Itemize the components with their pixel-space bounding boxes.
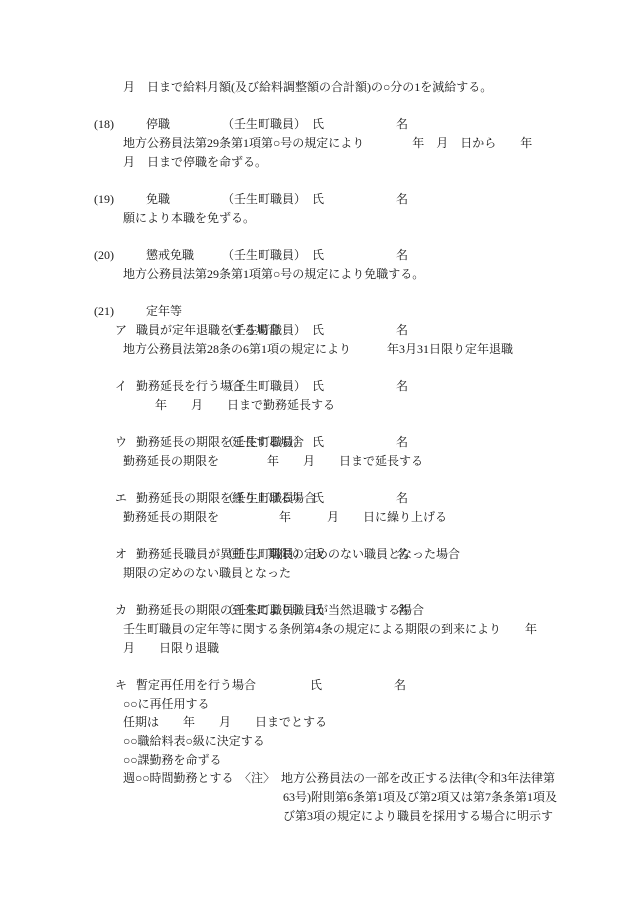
document-page: 月 日まで給料月額(及び給料調整額の合計額)の○分の1を減給する。 (18)停職… bbox=[0, 0, 630, 903]
body-line: 地方公務員法第28条の6第1項の規定により 年3月31日限り定年退職 bbox=[0, 340, 630, 359]
sub-item-heading: ウ勤務延長の期限を延長する場合 bbox=[0, 414, 630, 433]
note-label: 〈注〉 bbox=[239, 769, 275, 788]
name-field-line: （壬生町職員） 氏 名 bbox=[0, 115, 630, 134]
body-line: ○○職給料表○級に決定する bbox=[0, 732, 630, 751]
note-text: 63号)附則第6条第1項及び第2項又は第7条条第1項及 bbox=[0, 788, 630, 807]
body-line: 壬生町職員の定年等に関する条例第4条の規定による期限の到来により 年 bbox=[0, 620, 630, 639]
name-field-line: 氏 名 bbox=[0, 676, 630, 695]
sub-item-heading: カ勤務延長の期限の到来により職員が当然退職する場合 bbox=[0, 583, 630, 602]
name-field-line: （壬生町職員） 氏 名 bbox=[0, 321, 630, 340]
body-line: 月 日まで給料月額(及び給料調整額の合計額)の○分の1を減給する。 bbox=[0, 78, 630, 97]
note-line: 週○○時間勤務とする 〈注〉 地方公務員法の一部を改正する法律(令和3年法律第 bbox=[0, 769, 630, 788]
body-line: 任期は 年 月 日までとする bbox=[0, 713, 630, 732]
item-heading: (21)定年等 bbox=[0, 284, 630, 303]
name-field-line: （壬生町職員） 氏 名 bbox=[0, 377, 630, 396]
body-line: 年 月 日まで勤務延長する bbox=[0, 396, 630, 415]
note-text: 地方公務員法の一部を改正する法律(令和3年法律第 bbox=[281, 769, 555, 788]
body-line: 地方公務員法第29条第1項第○号の規定により免職する。 bbox=[0, 265, 630, 284]
name-field-line: （壬生町職員） 氏 名 bbox=[0, 190, 630, 209]
item-heading: (18)停職 bbox=[0, 97, 630, 116]
body-line: 勤務延長の期限を 年 月 日に繰り上げる bbox=[0, 508, 630, 527]
name-field-line: （壬生町職員） 氏 名 bbox=[0, 489, 630, 508]
body-line: 勤務延長の期限を 年 月 日まで延長する bbox=[0, 452, 630, 471]
name-field-line: （壬生町職員） 氏 名 bbox=[0, 545, 630, 564]
sub-item-heading: オ勤務延長職員が異動し、期限の定めのない職員となった場合 bbox=[0, 527, 630, 546]
note-text: び第3項の規定により職員を採用する場合に明示す bbox=[0, 807, 630, 826]
sub-item-heading: イ勤務延長を行う場合 bbox=[0, 358, 630, 377]
body-line: 月 日まで停職を命ずる。 bbox=[0, 153, 630, 172]
item-heading: (20)懲戒免職 bbox=[0, 228, 630, 247]
body-line: 期限の定めのない職員となった bbox=[0, 564, 630, 583]
name-field-line: （壬生町職員） 氏 名 bbox=[0, 246, 630, 265]
note-lead-text: 週○○時間勤務とする bbox=[123, 769, 234, 788]
body-line: ○○に再任用する bbox=[0, 695, 630, 714]
document-content: 月 日まで給料月額(及び給料調整額の合計額)の○分の1を減給する。 (18)停職… bbox=[0, 0, 630, 826]
body-line: 願により本職を免ずる。 bbox=[0, 209, 630, 228]
body-line: 月 日限り退職 bbox=[0, 639, 630, 658]
body-line: 地方公務員法第29条第1項第○号の規定により 年 月 日から 年 bbox=[0, 134, 630, 153]
sub-item-heading: ア職員が定年退職をする場合 bbox=[0, 302, 630, 321]
body-line: ○○課勤務を命ずる bbox=[0, 751, 630, 770]
sub-item-heading: キ暫定再任用を行う場合 bbox=[0, 657, 630, 676]
item-heading: (19)免職 bbox=[0, 171, 630, 190]
sub-item-heading: エ勤務延長の期限を繰り上げる場合 bbox=[0, 470, 630, 489]
name-field-line: （壬生町職員） 氏 名 bbox=[0, 601, 630, 620]
name-field-line: （壬生町職員） 氏 名 bbox=[0, 433, 630, 452]
